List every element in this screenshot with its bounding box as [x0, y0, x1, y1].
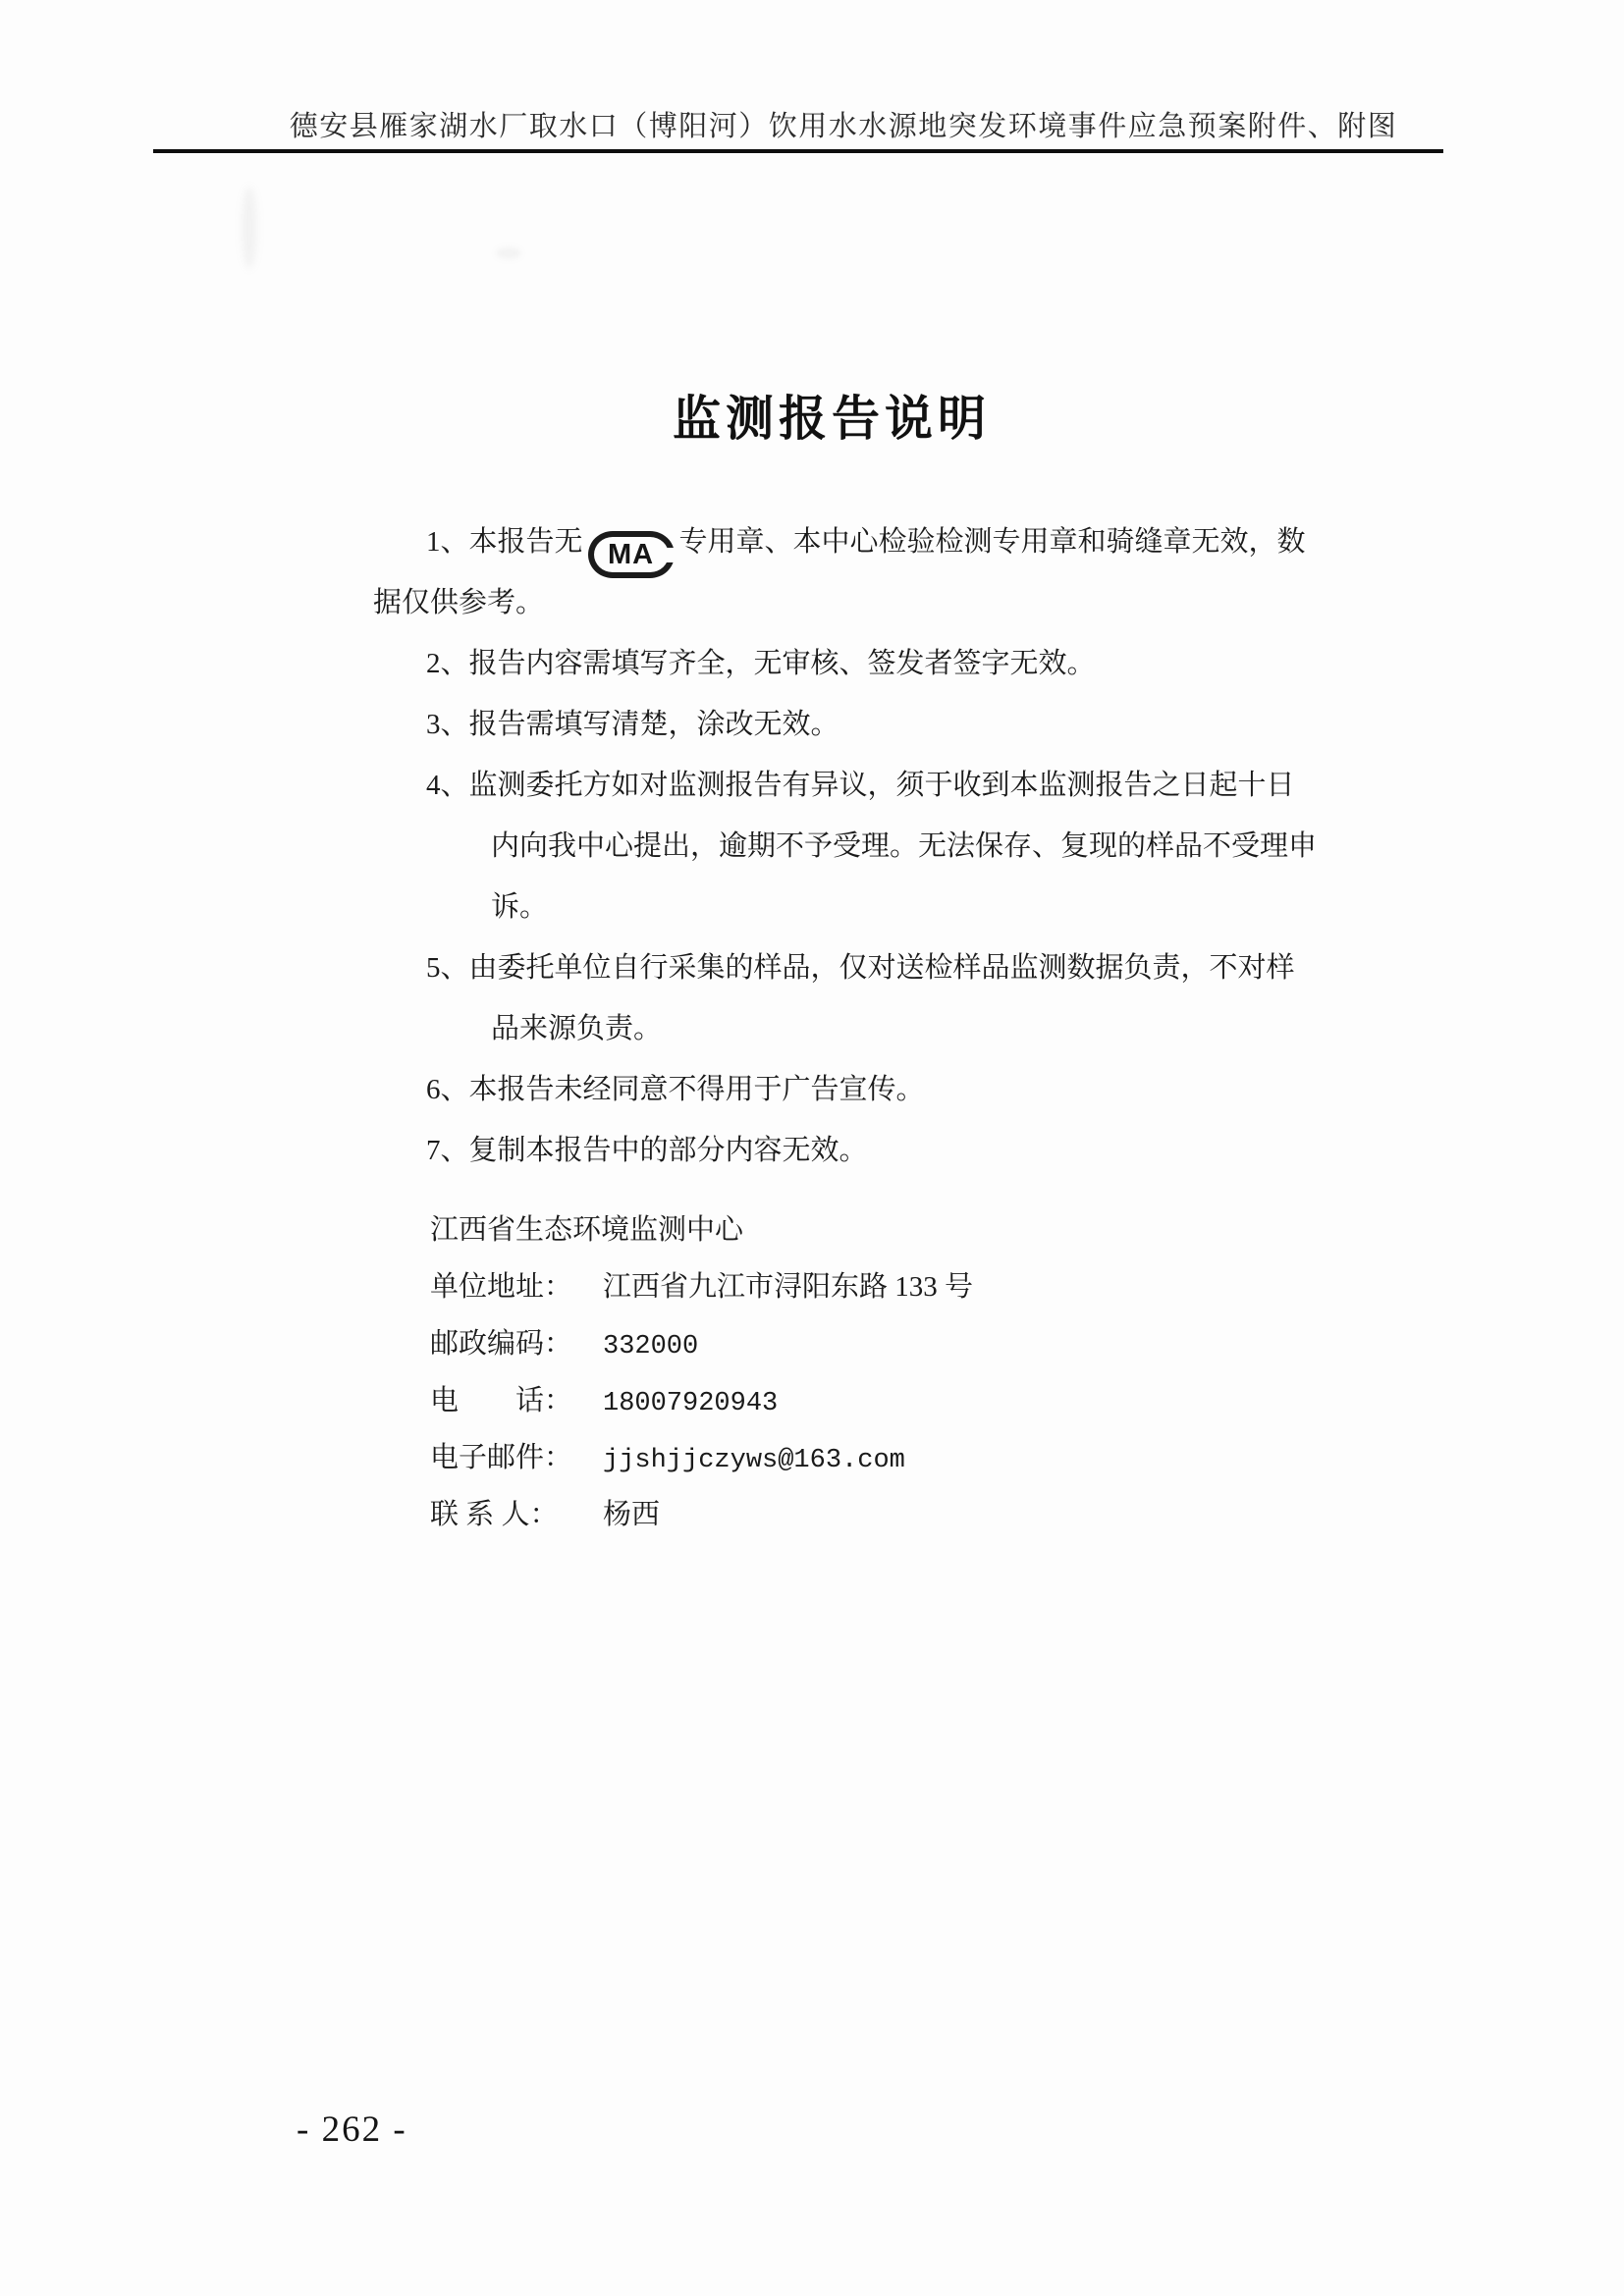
page-title: 监测报告说明: [20, 381, 1624, 450]
note-item-2: 2、报告内容需填写齐全，无审核、签发者签字无效。: [373, 633, 1316, 694]
note-item-4-line-3: 诉。: [373, 877, 1316, 937]
phone-label: 电 话：: [430, 1372, 591, 1429]
note-item-3: 3、报告需填写清楚，涂改无效。: [373, 694, 1316, 755]
document-page: 德安县雁家湖水厂取水口（博阳河）饮用水水源地突发环境事件应急预案附件、附图 监测…: [0, 0, 1624, 2296]
email-value: jjshjjczyws@163.com: [603, 1432, 905, 1489]
notes-list: 1、本报告无MA专用章、本中心检验检测专用章和骑缝章无效，数 据仅供参考。 2、…: [373, 511, 1316, 1181]
page-number: - 262 -: [297, 2109, 407, 2151]
note-item-1-line-1: 1、本报告无MA专用章、本中心检验检测专用章和骑缝章无效，数: [373, 511, 1316, 572]
note-item-5-line-1: 5、由委托单位自行采集的样品，仅对送检样品监测数据负责，不对样: [373, 937, 1316, 998]
email-label: 电子邮件：: [430, 1429, 591, 1486]
postcode-label: 邮政编码：: [430, 1315, 591, 1372]
document-header-title: 德安县雁家湖水厂取水口（博阳河）饮用水水源地突发环境事件应急预案附件、附图: [31, 104, 1624, 144]
note-item-5-line-2: 品来源负责。: [373, 998, 1316, 1059]
contact-phone-row: 电 话： 18007920943: [430, 1372, 973, 1429]
note-item-1-prefix: 1、本报告无: [426, 526, 583, 558]
contact-address-row: 单位地址： 江西省九江市浔阳东路 133 号: [430, 1258, 973, 1315]
contact-person-label: 联 系 人：: [430, 1486, 591, 1543]
phone-value: 18007920943: [603, 1375, 778, 1432]
organization-name: 江西省生态环境监测中心: [430, 1201, 743, 1258]
scan-artifact: [242, 187, 257, 269]
cma-certification-mark-icon: MA: [588, 531, 675, 578]
address-value: 江西省九江市浔阳东路 133 号: [603, 1258, 973, 1315]
note-item-1-line-2: 据仅供参考。: [373, 572, 1316, 633]
header-divider: [153, 149, 1443, 153]
scan-artifact: [496, 247, 521, 259]
contact-person-value: 杨西: [603, 1486, 660, 1543]
contact-info-block: 江西省生态环境监测中心 单位地址： 江西省九江市浔阳东路 133 号 邮政编码：…: [430, 1201, 973, 1543]
contact-person-row: 联 系 人： 杨西: [430, 1486, 973, 1543]
note-item-7: 7、复制本报告中的部分内容无效。: [373, 1120, 1316, 1181]
note-item-1-suffix: 专用章、本中心检验检测专用章和骑缝章无效，数: [679, 526, 1306, 558]
contact-organization-row: 江西省生态环境监测中心: [430, 1201, 973, 1258]
contact-postcode-row: 邮政编码： 332000: [430, 1315, 973, 1372]
note-item-4-line-1: 4、监测委托方如对监测报告有异议，须于收到本监测报告之日起十日: [373, 755, 1316, 816]
note-item-6: 6、本报告未经同意不得用于广告宣传。: [373, 1059, 1316, 1120]
contact-email-row: 电子邮件： jjshjjczyws@163.com: [430, 1429, 973, 1486]
address-label: 单位地址：: [430, 1258, 591, 1315]
postcode-value: 332000: [603, 1318, 698, 1375]
note-item-4-line-2: 内向我中心提出，逾期不予受理。无法保存、复现的样品不受理申: [373, 816, 1316, 877]
